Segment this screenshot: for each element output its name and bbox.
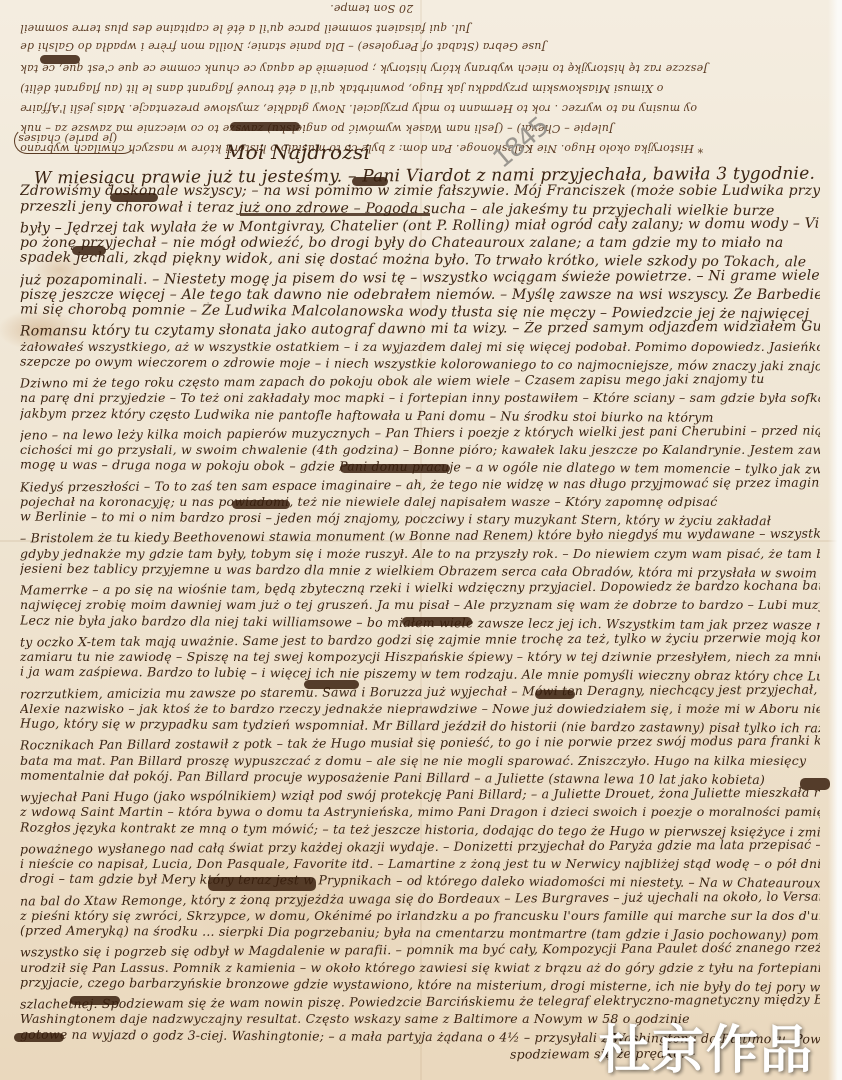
handwritten-line: szepcze po owym wieczorem o zdrowie moje… <box>20 353 820 373</box>
handwritten-line: gdyby jednakże my gdzie tam były, tobym … <box>20 546 820 561</box>
handwritten-line: Kiedyś przeszłości – To to zaś ten sam e… <box>20 474 820 494</box>
ink-strikeout <box>535 690 575 699</box>
inverted-header-line: 20 Son tempe. <box>330 2 530 15</box>
handwritten-line: i nieście co napisał, Lucia, Don Pasqual… <box>20 856 820 871</box>
inverted-header-line: o Ximusi Miaskowskim przypadku jak Hugo,… <box>20 82 820 95</box>
ink-strikeout <box>110 193 158 202</box>
handwritten-line: z pieśni który się zwróci, Skrzypce, w d… <box>20 908 820 923</box>
handwritten-line: wyjechał Pani Hugo (jako wspólnikiem) wz… <box>20 785 820 805</box>
watermark: 杜京作品 <box>598 1008 814 1080</box>
manuscript-page: 20 Son tempe.Jul. qui faisaient sommeil … <box>0 0 842 1080</box>
handwritten-line: ty oczko X-tem tak mają uważnie. Same je… <box>20 629 820 649</box>
handwritten-line: pojechał na koronacyję; u nas powiadomi,… <box>20 494 820 509</box>
handwritten-line: zamiaru tu nie zawiodę – Spiszę na tej s… <box>20 649 820 664</box>
page-edge <box>828 0 842 1080</box>
handwritten-line: jakbym przez który często Ludwika nie pa… <box>20 405 820 425</box>
inverted-header-line: Jeszcze raz tę historyjkę to niech wybra… <box>20 62 820 75</box>
ink-strikeout <box>40 55 80 64</box>
handwritten-line: Rozgłos języka kontrakt ze mną o tym mów… <box>20 819 820 839</box>
handwritten-line: Romansu który tu czytamy słonata jako au… <box>20 319 820 340</box>
ink-strikeout <box>304 680 359 689</box>
handwritten-line: po żonę przyjechał – nie mógł odwieźć, b… <box>20 235 820 251</box>
handwritten-line: i ja wam zaśpiewa. Bardzo to lubię – i w… <box>20 664 820 684</box>
ink-strikeout <box>402 617 472 626</box>
handwritten-line: bata ma mat. Pan Billard proszę wypuszcz… <box>20 753 820 768</box>
handwritten-line: urodził się Pan Lassus. Pomnik z kamieni… <box>20 960 820 975</box>
handwritten-line: – Bristolem że tu kiedy Beethovenowi sta… <box>20 526 820 546</box>
inverted-header-line: * Historyjka około Hugo. Nie Kaleshonoge… <box>20 142 820 155</box>
handwritten-line: piszę jeszcze więcej – Ale tego tak dawn… <box>20 287 820 303</box>
handwritten-line: rozrzutkiem, amicizia mu zawsze po stare… <box>20 681 820 701</box>
letter-greeting: Moi Najdrożsi <box>225 140 370 164</box>
handwritten-line: drogi – tam gdzie był Mery który teraz j… <box>20 871 820 891</box>
handwritten-line: żałowałeś wszystkiego, aż w wszystkie os… <box>20 339 820 354</box>
handwritten-line: na bal do Xtaw Remonge, który z żoną prz… <box>20 888 820 908</box>
inverted-header-line: Jul. qui faisaient sommeil parce qu'il a… <box>20 22 820 35</box>
ink-strikeout <box>70 996 120 1005</box>
handwritten-line: wszystko się i pogrzeb się odbył w Magda… <box>20 940 820 960</box>
ink-strikeout <box>72 246 106 255</box>
inverted-header-line: oy musiny na to wyrzec . rok to Hermann … <box>20 102 820 115</box>
handwritten-line: były – Jędrzej tak wylała że w Montgivra… <box>20 215 820 236</box>
inverted-header-line: Juse Gebra (Stabat of Pergolese) – Dla p… <box>20 40 820 53</box>
handwritten-line: cichości mi go przysłali, w swoim chwale… <box>20 442 820 457</box>
handwritten-line: Alexie nazwisko – jak ktoś że to bardzo … <box>20 701 820 716</box>
handwritten-line: poważnego wysłanego nad całą świat przy … <box>20 836 820 856</box>
handwritten-line: jeno – na lewo leży kilka moich papierów… <box>20 422 820 442</box>
ink-strikeout <box>14 1033 64 1042</box>
ink-strikeout <box>240 213 430 216</box>
ink-strikeout <box>232 500 290 509</box>
ink-strikeout <box>208 877 316 891</box>
handwritten-line: Dziwno mi że tego roku często mam zapach… <box>20 371 820 391</box>
marginal-note: (je parle) chaises <box>18 132 117 145</box>
ink-strikeout <box>230 122 300 131</box>
handwritten-line: już pozapominali. – Niestety mogę ja pis… <box>20 267 820 288</box>
handwritten-line: Rocznikach Pan Billard zostawił z potk –… <box>20 733 820 753</box>
handwritten-line: na parę dni przyjedzie – To też oni zakł… <box>20 390 820 405</box>
handwritten-line: z wdową Saint Martin – która bywa o domu… <box>20 804 820 819</box>
ink-strikeout <box>352 177 388 186</box>
ink-strikeout <box>800 778 830 790</box>
ink-strikeout <box>340 464 450 473</box>
handwritten-line: Mamerrke – a po się na wiośnie tam, będą… <box>20 578 820 598</box>
handwritten-line: najwięcej zrobię moim dawniej wam już o … <box>20 597 820 612</box>
inverted-header-line: Julepie – Cheval) – (Jesli nam Wasek wym… <box>20 122 820 135</box>
